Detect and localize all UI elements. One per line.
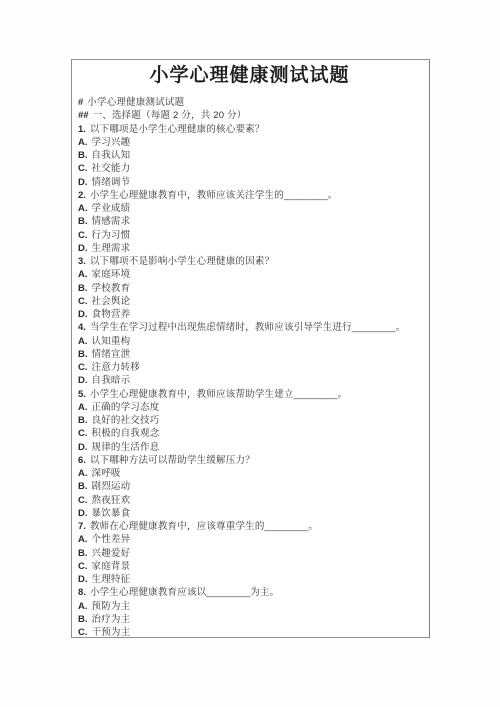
line-text: 自我暗示 <box>92 374 131 387</box>
question-line: 3.以下哪项不是影响小学生心理健康的因素？ <box>78 255 421 268</box>
line-text: 社会舆论 <box>92 295 131 308</box>
line-label: B. <box>78 613 88 626</box>
line-label: 2. <box>78 189 86 202</box>
question-line: 2.小学生心理健康教育中，教师应该关注学生的________。 <box>78 189 421 202</box>
line-text: 小学生心理健康教育中，教师应该关注学生的________。 <box>90 189 338 202</box>
option-line: C.熬夜狂欢 <box>78 494 421 507</box>
line-label: D. <box>78 573 88 586</box>
option-line: A.深呼吸 <box>78 467 421 480</box>
option-line: B.剧烈运动 <box>78 480 421 493</box>
option-line: C.社会舆论 <box>78 295 421 308</box>
line-label: C. <box>78 494 88 507</box>
line-text: 学业成绩 <box>92 202 131 215</box>
line-label: A. <box>78 335 88 348</box>
option-line: C.干预为主 <box>78 626 421 638</box>
option-line: A.个性差异 <box>78 533 421 546</box>
line-label: 6. <box>78 454 86 467</box>
line-text: 以下哪项是小学生心理健康的核心要素？ <box>90 123 265 136</box>
line-label: C. <box>78 427 88 440</box>
line-text: 个性差异 <box>92 533 131 546</box>
line-text: 深呼吸 <box>92 467 121 480</box>
line-label: A. <box>78 202 88 215</box>
line-label: 5. <box>78 388 86 401</box>
line-text: 情绪调节 <box>92 176 131 189</box>
line-label: B. <box>78 547 88 560</box>
line-label: ## <box>78 109 89 122</box>
line-text: 生理需求 <box>92 242 131 255</box>
option-line: A.学业成绩 <box>78 202 421 215</box>
option-line: D.食物营养 <box>78 308 421 321</box>
line-label: B. <box>78 215 88 228</box>
line-text: 家庭环境 <box>92 268 131 281</box>
line-text: 情绪宣泄 <box>92 348 131 361</box>
line-label: B. <box>78 480 88 493</box>
line-text: 暴饮暴食 <box>92 507 131 520</box>
line-label: D. <box>78 374 88 387</box>
option-line: B.情绪宣泄 <box>78 348 421 361</box>
option-line: A.正确的学习态度 <box>78 401 421 414</box>
option-line: B.学校教育 <box>78 282 421 295</box>
line-text: 小学心理健康测试试题 <box>87 96 184 109</box>
option-line: C.家庭背景 <box>78 560 421 573</box>
line-text: 情感需求 <box>92 215 131 228</box>
line-text: 以下哪种方法可以帮助学生缓解压力？ <box>90 454 255 467</box>
line-label: C. <box>78 162 88 175</box>
line-text: 学校教育 <box>92 282 131 295</box>
line-text: 治疗为主 <box>92 613 131 626</box>
line-text: 行为习惯 <box>92 229 131 242</box>
option-line: C.社交能力 <box>78 162 421 175</box>
line-label: A. <box>78 533 88 546</box>
line-text: 良好的社交技巧 <box>92 414 160 427</box>
line-label: C. <box>78 361 88 374</box>
line-text: 家庭背景 <box>92 560 131 573</box>
line-text: 剧烈运动 <box>92 480 131 493</box>
line-label: B. <box>78 282 88 295</box>
option-line: C.注意力转移 <box>78 361 421 374</box>
line-text: 小学生心理健康教育应该以________为主。 <box>90 586 279 599</box>
line-text: 社交能力 <box>92 162 131 175</box>
line-text: 食物营养 <box>92 308 131 321</box>
option-line: D.情绪调节 <box>78 176 421 189</box>
line-label: D. <box>78 242 88 255</box>
line-text: 预防为主 <box>92 600 131 613</box>
option-line: B.兴趣爱好 <box>78 547 421 560</box>
line-label: D. <box>78 441 88 454</box>
line-label: D. <box>78 308 88 321</box>
line-label: C. <box>78 295 88 308</box>
page-title: 小学心理健康测试试题 <box>78 64 421 88</box>
question-line: 8.小学生心理健康教育应该以________为主。 <box>78 586 421 599</box>
line-text: 熬夜狂欢 <box>92 494 131 507</box>
line-text: 兴趣爱好 <box>92 547 131 560</box>
question-line: 5.小学生心理健康教育中，教师应该帮助学生建立________。 <box>78 388 421 401</box>
option-line: A.家庭环境 <box>78 268 421 281</box>
line-text: 规律的生活作息 <box>92 441 160 454</box>
section-heading-line: ##一、选择题（每题 2 分，共 20 分） <box>78 109 421 122</box>
line-text: 认知重构 <box>92 335 131 348</box>
question-line: 7.教师在心理健康教育中，应该尊重学生的________。 <box>78 520 421 533</box>
option-line: B.自我认知 <box>78 149 421 162</box>
document-body: #小学心理健康测试试题##一、选择题（每题 2 分，共 20 分）1.以下哪项是… <box>78 96 421 638</box>
line-label: B. <box>78 149 88 162</box>
line-label: 8. <box>78 586 86 599</box>
line-label: A. <box>78 268 88 281</box>
line-label: B. <box>78 348 88 361</box>
line-text: 小学生心理健康教育中，教师应该帮助学生建立________。 <box>90 388 347 401</box>
option-line: A.预防为主 <box>78 600 421 613</box>
line-text: 生理特征 <box>92 573 131 586</box>
line-text: 当学生在学习过程中出现焦虑情绪时，教师应该引导学生进行________。 <box>90 321 405 334</box>
line-label: 4. <box>78 321 86 334</box>
line-text: 以下哪项不是影响小学生心理健康的因素？ <box>90 255 274 268</box>
line-label: 3. <box>78 255 86 268</box>
line-label: # <box>78 96 83 109</box>
question-line: 4.当学生在学习过程中出现焦虑情绪时，教师应该引导学生进行________。 <box>78 321 421 334</box>
option-line: C.积极的自我观念 <box>78 427 421 440</box>
md-heading-line: #小学心理健康测试试题 <box>78 96 421 109</box>
option-line: D.暴饮暴食 <box>78 507 421 520</box>
line-label: C. <box>78 626 88 638</box>
line-label: A. <box>78 467 88 480</box>
line-label: 1. <box>78 123 86 136</box>
option-line: D.自我暗示 <box>78 374 421 387</box>
line-label: D. <box>78 176 88 189</box>
line-label: A. <box>78 401 88 414</box>
option-line: A.学习兴趣 <box>78 136 421 149</box>
line-text: 学习兴趣 <box>92 136 131 149</box>
line-text: 教师在心理健康教育中，应该尊重学生的________。 <box>90 520 318 533</box>
line-text: 积极的自我观念 <box>92 427 160 440</box>
option-line: A.认知重构 <box>78 335 421 348</box>
line-label: 7. <box>78 520 86 533</box>
line-text: 注意力转移 <box>92 361 141 374</box>
option-line: B.治疗为主 <box>78 613 421 626</box>
question-line: 6.以下哪种方法可以帮助学生缓解压力？ <box>78 454 421 467</box>
option-line: D.生理需求 <box>78 242 421 255</box>
line-label: A. <box>78 136 88 149</box>
test-paper-page: 小学心理健康测试试题 #小学心理健康测试试题##一、选择题（每题 2 分，共 2… <box>71 59 430 638</box>
line-label: A. <box>78 600 88 613</box>
question-line: 1.以下哪项是小学生心理健康的核心要素？ <box>78 123 421 136</box>
line-text: 正确的学习态度 <box>92 401 160 414</box>
line-text: 一、选择题（每题 2 分，共 20 分） <box>93 109 247 122</box>
option-line: B.情感需求 <box>78 215 421 228</box>
option-line: B.良好的社交技巧 <box>78 414 421 427</box>
line-label: C. <box>78 560 88 573</box>
line-label: B. <box>78 414 88 427</box>
option-line: D.生理特征 <box>78 573 421 586</box>
line-label: C. <box>78 229 88 242</box>
option-line: C.行为习惯 <box>78 229 421 242</box>
line-text: 干预为主 <box>92 626 131 638</box>
option-line: D.规律的生活作息 <box>78 441 421 454</box>
line-text: 自我认知 <box>92 149 131 162</box>
line-label: D. <box>78 507 88 520</box>
